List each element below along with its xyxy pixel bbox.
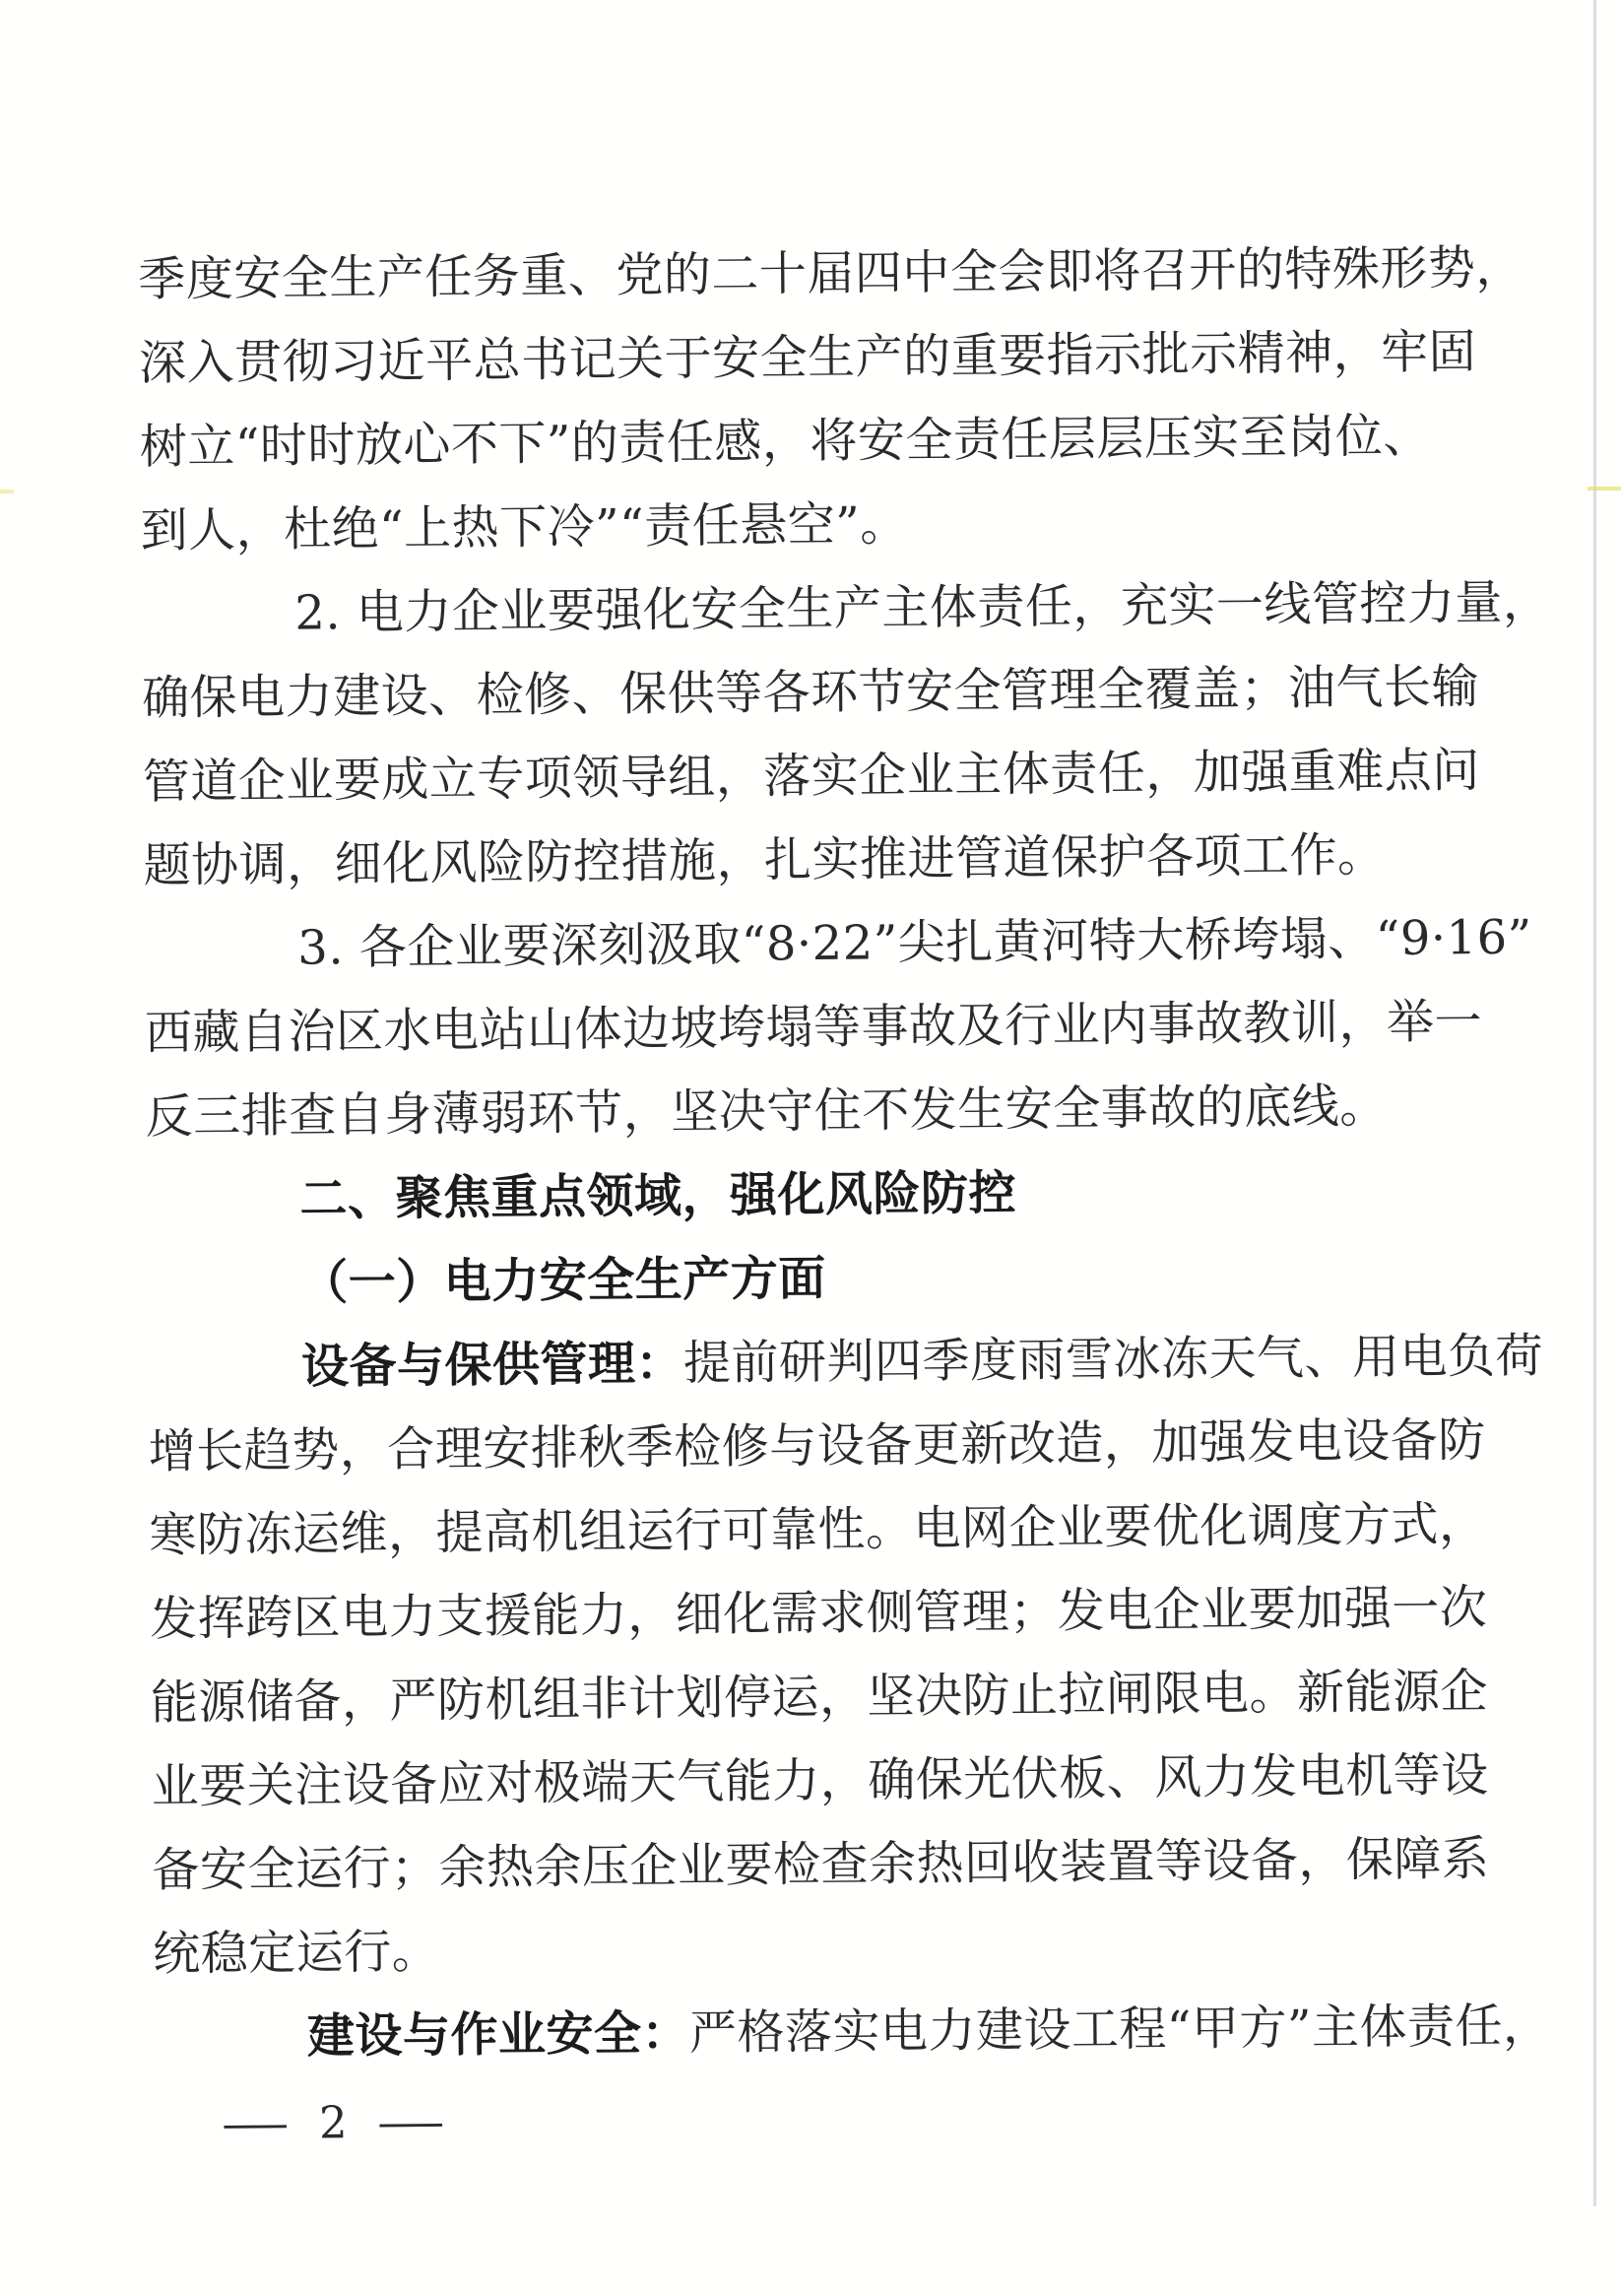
- document-page: 季度安全生产任务重、党的二十届四中全会即将召开的特殊形势，深入贯彻习近平总书记关…: [0, 0, 1621, 2296]
- inline-heading: 建设与作业安全：: [307, 2005, 689, 2064]
- text-line-22: 建设与作业安全：严格落实电力建设工程“甲方”主体责任，: [154, 1985, 1533, 2080]
- document-body: 季度安全生产任务重、党的二十届四中全会即将召开的特殊形势，深入贯彻习近平总书记关…: [138, 227, 1532, 2080]
- text-line-13: （一）电力安全生产方面: [147, 1231, 1526, 1327]
- page-number: 2: [319, 2080, 348, 2164]
- text-line-19: 业要关注设备应对极端天气能力，确保光伏板、风力发电机等设: [151, 1734, 1530, 1829]
- text-line-18: 能源储备，严防机组非计划停运，坚决防止拉闸限电。新能源企: [151, 1650, 1530, 1745]
- text-line-6: 确保电力建设、检修、保供等各环节安全管理全覆盖；油气长输: [142, 645, 1522, 741]
- text-line-11: 反三排查自身薄弱环节，坚决守住不发生安全事故的底线。: [145, 1064, 1524, 1159]
- text-line-10: 西藏自治区水电站山体边坡垮塌等事故及行业内事故教训，举一: [145, 980, 1524, 1076]
- footer-dash-right: —: [376, 2079, 445, 2164]
- text-line-14: 设备与保供管理：提前研判四季度雨雪冰冻天气、用电负荷: [148, 1315, 1527, 1410]
- text-line-17: 发挥跨区电力支援能力，细化需求侧管理；发电企业要加强一次: [150, 1566, 1529, 1662]
- document-content: 季度安全生产任务重、党的二十届四中全会即将召开的特殊形势，深入贯彻习近平总书记关…: [138, 227, 1533, 2166]
- scan-edge-line: [1593, 0, 1596, 2206]
- text-line-7: 管道企业要成立专项领导组，落实企业主体责任，加强重难点问: [142, 729, 1522, 824]
- text-line-3: 树立“时时放心不下”的责任感，将安全责任层层压实至岗位、: [139, 394, 1519, 490]
- text-line-5: 2. 电力企业要强化安全生产主体责任，充实一线管控力量，: [141, 561, 1521, 657]
- fold-tick-right: [1588, 487, 1621, 491]
- text-line-12: 二、聚焦重点领域，强化风险防控: [146, 1148, 1525, 1243]
- text-line-15: 增长趋势，合理安排秋季检修与设备更新改造，加强发电设备防: [148, 1399, 1527, 1494]
- text-line-20: 备安全运行；余热余压企业要检查余热回收装置等设备，保障系: [152, 1817, 1531, 1913]
- text-line-21: 统稳定运行。: [153, 1901, 1532, 1997]
- text-line-16: 寒防冻运维，提高机组运行可靠性。电网企业要优化调度方式，: [149, 1482, 1528, 1578]
- text-line-8: 题协调，细化风险防控措施，扎实推进管道保护各项工作。: [143, 813, 1523, 908]
- text-line-1: 季度安全生产任务重、党的二十届四中全会即将召开的特殊形势，: [138, 227, 1518, 322]
- fold-tick-left: [0, 490, 14, 493]
- page-footer: — 2 —: [154, 2070, 1533, 2166]
- text-line-2: 深入贯彻习近平总书记关于安全生产的重要指示批示精神，牢固: [139, 310, 1519, 406]
- text-line-9: 3. 各企业要深刻汲取“8·22”尖扎黄河特大桥垮塌、“9·16”: [144, 896, 1524, 992]
- text-line-4: 到人，杜绝“上热下冷”“责任悬空”。: [140, 478, 1520, 573]
- inline-heading: 设备与保供管理：: [301, 1336, 683, 1394]
- footer-dash-left: —: [221, 2081, 290, 2166]
